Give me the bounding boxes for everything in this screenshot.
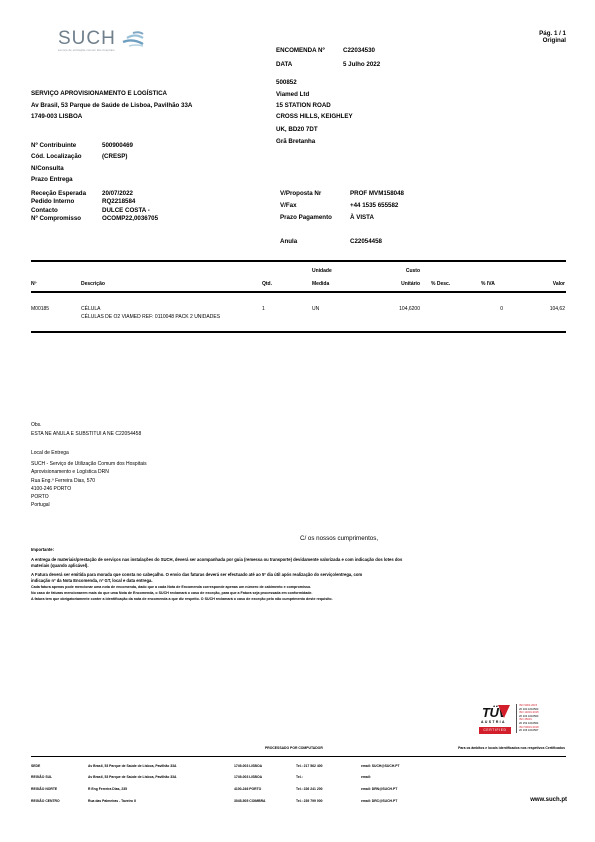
processed-label: PROCESSADO POR COMPUTADOR [265,746,323,750]
annul-value: C22054458 [350,238,382,246]
greeting: C/ os nossos cumprimentos, [300,535,378,542]
detail-label: V/Fax [280,200,350,212]
footer-rule [31,756,566,757]
office-address: Av Brasil, 53 Parque de Saúde de Lisboa,… [88,775,176,779]
office-address: R Eng Ferreira Dias, 235 [88,787,127,791]
website-link[interactable]: www.such.pt [530,797,567,803]
office-postal: 1749-003 LISBOA [234,775,262,779]
detail-label: Receção Esperada [31,190,102,198]
detail-label: Nº Compromisso [31,215,102,223]
office-postal: 1749-003 LISBOA [234,764,262,768]
detail-label: Prazo Entrega [31,174,102,185]
delivery-line: Rua Eng.º Ferreira Dias, 570 [31,477,147,485]
detail-label: Prazo Pagamento [280,212,350,224]
item-vat: 0 [500,306,503,313]
waves-logo-icon [121,30,147,48]
detail-label: Nº Contribuinte [31,140,102,151]
delivery-line: Aprovisionamento e Logística DRN [31,468,147,476]
delivery-line: PORTO [31,493,147,501]
copy-label: Original [543,37,566,45]
detail-value: 500900469 [102,140,133,151]
table-bottom-rule [31,331,566,333]
delivery-address: SUCH - Serviço de Utilização Comum dos H… [31,460,147,510]
office-email: email: SUCH@SUCH.PT [361,764,400,768]
office-email: email: DRC@SUCH.PT [361,799,397,803]
detail-value: +44 1535 655582 [350,200,404,212]
col-header-vat: % IVA [481,281,495,288]
item-unit: UN [312,306,319,313]
supplier-code: 500852 [276,79,297,87]
detail-value: DULCE COSTA - [102,207,158,215]
order-details-right: V/Proposta NrPROF MVM158048 V/Fax+44 153… [280,188,404,223]
obs-text: ESTA NE ANULA E SUBSTITUI A NE C22054458 [31,431,141,438]
obs-label: Obs. [31,422,42,429]
col-header-discount: % Desc. [431,281,450,288]
detail-value [102,163,133,174]
detail-value: À VISTA [350,212,404,224]
office-name: REGIÃO SUL [31,775,52,779]
supplier-name: Viamed Ltd [276,91,309,99]
detail-label: Cód. Localização [31,151,102,162]
col-header-description: Descrição [81,281,105,288]
annul-label: Anula [280,238,297,246]
item-unit-cost: 104,6200 [399,306,420,313]
office-postal: 4100-246 PORTO [234,787,261,791]
col-header-cost-2: Unitário [401,281,420,288]
logo-tagline: serviço de utilização comum dos hospitai… [58,49,115,52]
delivery-line: SUCH - Serviço de Utilização Comum dos H… [31,460,147,468]
delivery-label: Local de Entrega [31,450,69,457]
supplier-postal: UK, BD20 7DT [276,126,318,134]
office-name: SEDE [31,764,40,768]
detail-value: 20/07/2022 [102,190,158,198]
delivery-line: 4100-246 PORTO [31,485,147,493]
col-header-quantity: Qtd. [262,281,272,288]
table-top-rule [31,260,566,262]
order-date-label: DATA [276,61,292,69]
delivery-line: Portugal [31,501,147,509]
office-email: email: [361,775,371,779]
sender-name: SERVIÇO APROVISIONAMENTO E LOGÍSTICA [31,90,167,98]
detail-label: Contacto [31,207,102,215]
important-line: Cada fatura apenas pode mencionar uma no… [31,585,311,590]
item-description: CÉLULA [81,306,100,313]
item-number: M00185 [31,306,49,313]
sender-address: Av Brasil, 53 Parque de Saúde de Lisboa,… [31,102,192,110]
office-phone: Tel.: 217 562 400 [296,764,323,768]
order-date: 5 Julho 2022 [343,61,380,69]
office-name: REGIÃO CENTRO [31,799,60,803]
office-address: Rua das Palmeiras - Taveiro II [88,799,136,803]
supplier-street: 15 STATION ROAD [276,102,331,110]
col-header-unit-2: Medida [312,281,329,288]
col-header-value: Valor [553,281,565,288]
supplier-city: CROSS HILLS, KEIGHLEY [276,113,353,121]
sender-postal: 1749-003 LISBOA [31,113,82,121]
detail-value [102,174,133,185]
office-postal: 3045-505 COIMBRA [234,799,265,803]
detail-value: PROF MVM158048 [350,188,404,200]
cert-number: 20 106 1010507 [519,729,539,733]
detail-label: N/Consulta [31,163,102,174]
item-description-detail: CÉLULAS DE O2 VIAMED REF: 0110048 PACK 2… [81,314,220,321]
order-number: C22034530 [343,47,375,55]
such-logo: SUCH serviço de utilização comum dos hos… [58,28,116,50]
table-header-rule [31,291,566,293]
order-details-left: Nº Contribuinte500900469 Cód. Localizaçã… [31,140,133,186]
col-header-unit-1: Unidade [312,268,332,275]
tuv-sub: AUSTRIA [481,720,506,724]
logo-wordmark: SUCH [58,28,116,49]
important-line: No caso de faturas mencionarem mais do q… [31,591,312,596]
office-address: Av Brasil, 53 Parque de Saúde de Lisboa,… [88,764,176,768]
office-email: email: DRN@SUCH.PT [361,787,397,791]
office-phone: Tel.: 239 799 000 [296,799,323,803]
order-number-label: ENCOMENDA Nº [276,47,325,55]
office-phone: Tel.: 226 241 200 [296,787,323,791]
item-quantity: 1 [262,306,265,313]
important-line: A Fatura deverá ser emitida para morada … [31,572,362,578]
detail-value: (CRESP) [102,151,133,162]
tuv-badge: CERTIFIED [479,727,511,734]
important-line: indicação nº da Nota Encomenda, nº GT, l… [31,578,153,584]
detail-label: Pedido Interno [31,198,102,206]
tuv-certification-mark: TÜV AUSTRIA CERTIFIED ISO 9001:2015 20 1… [476,703,564,738]
item-value: 104,62 [550,306,565,313]
col-header-number: Nº [31,281,36,288]
detail-value: RQ2218584 [102,198,158,206]
office-phone: Tel.: [296,775,303,779]
important-title: Importante: [31,547,54,553]
important-line: A fatura tem que obrigatoriamente conter… [31,597,333,602]
tuv-logo: TÜV AUSTRIA CERTIFIED [476,703,514,738]
important-line: materiais (quando aplicável). [31,563,88,569]
tuv-check-icon [498,705,510,718]
supplier-country: Grã Bretanha [276,138,315,146]
order-details-left-2: Receção Esperada20/07/2022 Pedido Intern… [31,190,158,224]
cert-note: Para os âmbitos e locais identificados n… [458,746,565,750]
important-line: A entrega de materiais/prestação de serv… [31,557,402,563]
col-header-cost-1: Custo [406,268,420,275]
tuv-cert-list: ISO 9001:2015 20 100 1010503 ISO 14001:2… [516,704,539,733]
detail-label: V/Proposta Nr [280,188,350,200]
office-name: REGIÃO NORTE [31,787,57,791]
detail-value: OCOMP22,0036705 [102,215,158,223]
